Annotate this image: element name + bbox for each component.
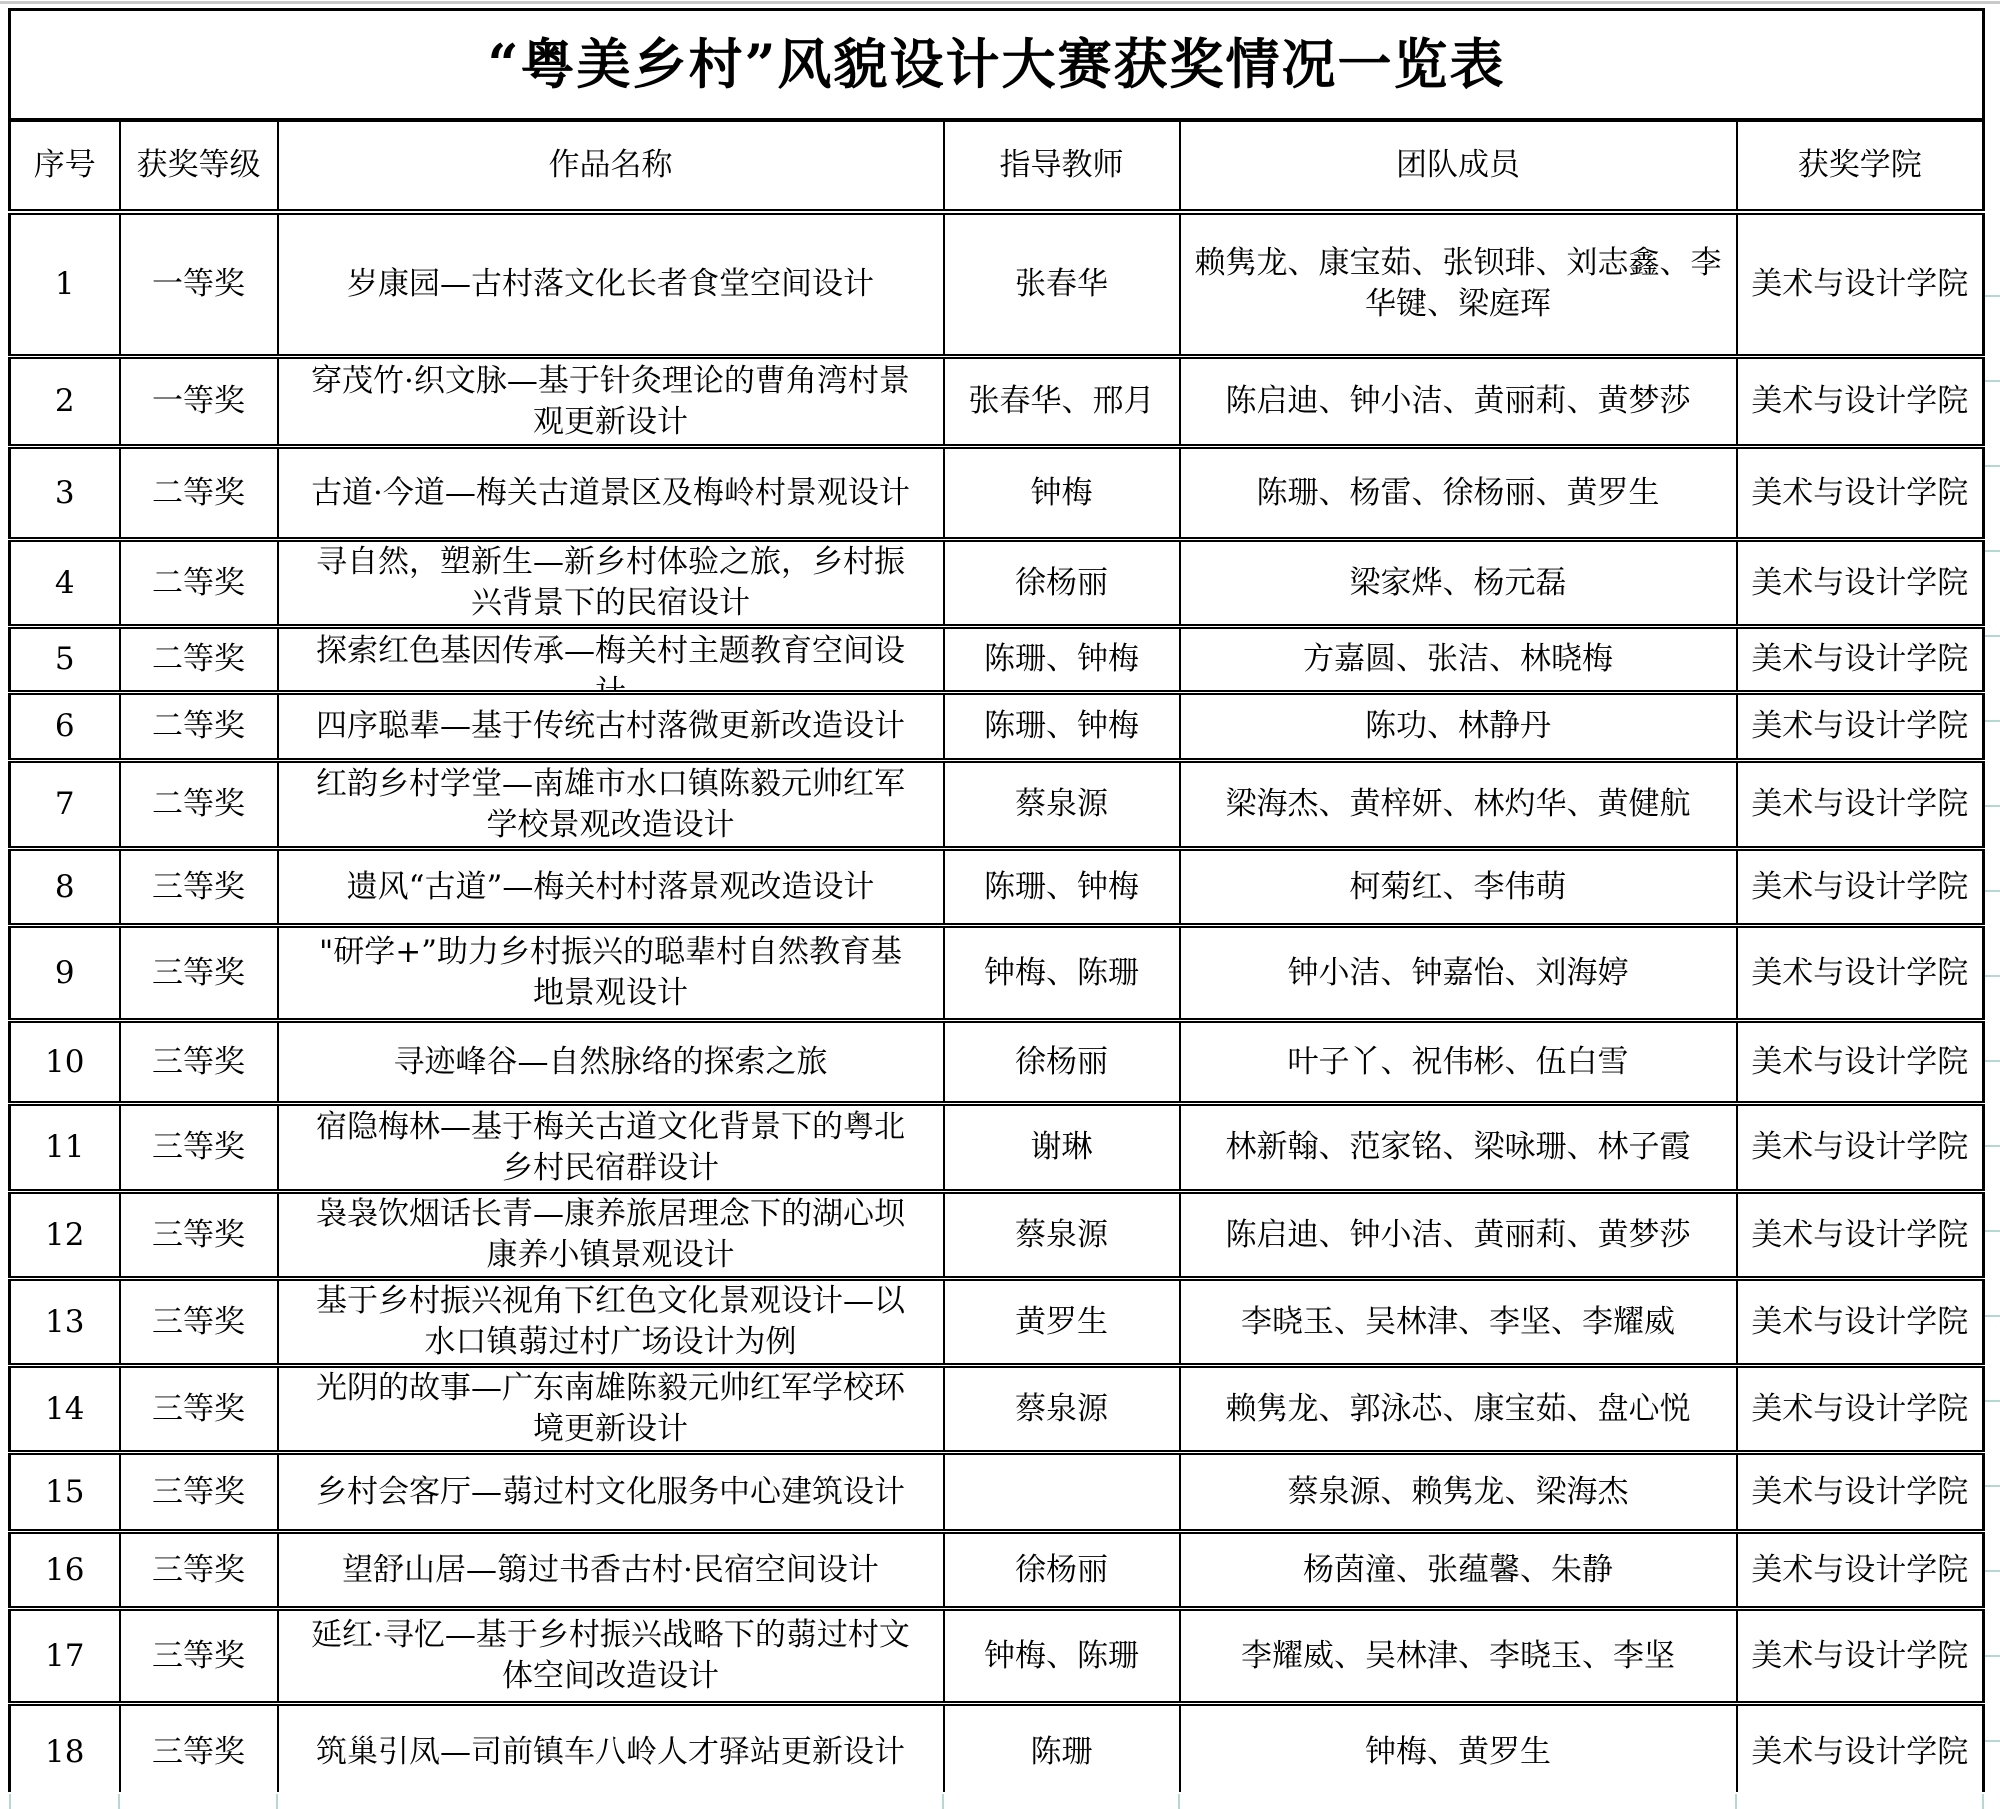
cell-advisor: 蔡泉源 xyxy=(944,1366,1180,1453)
cell-level: 三等奖 xyxy=(120,1104,278,1192)
cell-no: 14 xyxy=(10,1366,120,1453)
cell-college: 美术与设计学院 xyxy=(1737,212,1984,357)
cell-level: 三等奖 xyxy=(120,1453,278,1532)
header-row: 序号 获奖等级 作品名称 指导教师 团队成员 获奖学院 xyxy=(10,120,1984,212)
cell-advisor xyxy=(944,1453,1180,1532)
cell-members: 钟梅、黄罗生 xyxy=(1180,1704,1737,1802)
cell-advisor: 黄罗生 xyxy=(944,1279,1180,1366)
col-header-college: 获奖学院 xyxy=(1737,120,1984,212)
col-header-level: 获奖等级 xyxy=(120,120,278,212)
table-row: 5 二等奖 探索红色基因传承—梅关村主题教育空间设计 陈珊、钟梅 方嘉圆、张洁、… xyxy=(10,627,1984,693)
cell-work: "研学+”助力乡村振兴的聪辈村自然教育基地景观设计 xyxy=(278,926,944,1021)
cell-college: 美术与设计学院 xyxy=(1737,1704,1984,1802)
cell-level: 三等奖 xyxy=(120,1609,278,1704)
cell-level: 二等奖 xyxy=(120,627,278,693)
cell-college: 美术与设计学院 xyxy=(1737,693,1984,761)
cell-college: 美术与设计学院 xyxy=(1737,1279,1984,1366)
cell-members: 柯菊红、李伟萌 xyxy=(1180,849,1737,926)
cell-no: 10 xyxy=(10,1021,120,1104)
cell-members: 陈启迪、钟小洁、黄丽莉、黄梦莎 xyxy=(1180,357,1737,447)
cell-no: 13 xyxy=(10,1279,120,1366)
cell-advisor: 钟梅 xyxy=(944,447,1180,540)
cell-no: 8 xyxy=(10,849,120,926)
page-title: “粤美乡村”风貌设计大赛获奖情况一览表 xyxy=(10,10,1984,120)
cell-work: 光阴的故事—广东南雄陈毅元帅红军学校环境更新设计 xyxy=(278,1366,944,1453)
table-row: 7 二等奖 红韵乡村学堂—南雄市水口镇陈毅元帅红军学校景观改造设计 蔡泉源 梁海… xyxy=(10,761,1984,849)
awards-table: “粤美乡村”风貌设计大赛获奖情况一览表 序号 获奖等级 作品名称 指导教师 团队… xyxy=(8,8,1985,1804)
cell-level: 三等奖 xyxy=(120,849,278,926)
cell-members: 方嘉圆、张洁、林晓梅 xyxy=(1180,627,1737,693)
cell-work: 古道·今道—梅关古道景区及梅岭村景观设计 xyxy=(278,447,944,540)
cell-work: 寻迹峰谷—自然脉络的探索之旅 xyxy=(278,1021,944,1104)
cell-level: 二等奖 xyxy=(120,540,278,627)
cell-no: 9 xyxy=(10,926,120,1021)
cell-members: 梁海杰、黄梓妍、林灼华、黄健航 xyxy=(1180,761,1737,849)
cell-college: 美术与设计学院 xyxy=(1737,357,1984,447)
cell-no: 6 xyxy=(10,693,120,761)
table-row: 2 一等奖 穿茂竹·织文脉—基于针灸理论的曹角湾村景观更新设计 张春华、邢月 陈… xyxy=(10,357,1984,447)
cell-advisor: 蔡泉源 xyxy=(944,761,1180,849)
cell-no: 15 xyxy=(10,1453,120,1532)
cell-work: 探索红色基因传承—梅关村主题教育空间设计 xyxy=(278,627,944,693)
partial-next-row xyxy=(0,1792,2000,1809)
cell-college: 美术与设计学院 xyxy=(1737,926,1984,1021)
cell-advisor: 陈珊 xyxy=(944,1704,1180,1802)
cell-work: 寻自然，塑新生—新乡村体验之旅，乡村振兴背景下的民宿设计 xyxy=(278,540,944,627)
cell-no: 2 xyxy=(10,357,120,447)
table-row: 4 二等奖 寻自然，塑新生—新乡村体验之旅，乡村振兴背景下的民宿设计 徐杨丽 梁… xyxy=(10,540,1984,627)
table-row: 15 三等奖 乡村会客厅—蒻过村文化服务中心建筑设计 蔡泉源、赖隽龙、梁海杰 美… xyxy=(10,1453,1984,1532)
table-row: 6 二等奖 四序聪辈—基于传统古村落微更新改造设计 陈珊、钟梅 陈功、林静丹 美… xyxy=(10,693,1984,761)
cell-college: 美术与设计学院 xyxy=(1737,447,1984,540)
cell-no: 17 xyxy=(10,1609,120,1704)
cell-level: 三等奖 xyxy=(120,926,278,1021)
cell-college: 美术与设计学院 xyxy=(1737,761,1984,849)
scan-streak xyxy=(0,1,2000,4)
cell-members: 蔡泉源、赖隽龙、梁海杰 xyxy=(1180,1453,1737,1532)
cell-advisor: 谢琳 xyxy=(944,1104,1180,1192)
table-row: 10 三等奖 寻迹峰谷—自然脉络的探索之旅 徐杨丽 叶子丫、祝伟彬、伍白雪 美术… xyxy=(10,1021,1984,1104)
grid-sliver xyxy=(1985,212,2000,1790)
cell-work: 四序聪辈—基于传统古村落微更新改造设计 xyxy=(278,693,944,761)
cell-level: 三等奖 xyxy=(120,1279,278,1366)
cell-level: 三等奖 xyxy=(120,1192,278,1279)
cell-work: 延红·寻忆—基于乡村振兴战略下的蒻过村文体空间改造设计 xyxy=(278,1609,944,1704)
cell-college: 美术与设计学院 xyxy=(1737,849,1984,926)
cell-college: 美术与设计学院 xyxy=(1737,1104,1984,1192)
cell-college: 美术与设计学院 xyxy=(1737,1532,1984,1609)
gridline xyxy=(1735,1794,1737,1809)
cell-no: 12 xyxy=(10,1192,120,1279)
cell-advisor: 徐杨丽 xyxy=(944,1021,1180,1104)
cell-members: 叶子丫、祝伟彬、伍白雪 xyxy=(1180,1021,1737,1104)
title-row: “粤美乡村”风貌设计大赛获奖情况一览表 xyxy=(10,10,1984,120)
cell-level: 三等奖 xyxy=(120,1532,278,1609)
cell-members: 钟小洁、钟嘉怡、刘海婷 xyxy=(1180,926,1737,1021)
cell-college: 美术与设计学院 xyxy=(1737,627,1984,693)
table-row: 17 三等奖 延红·寻忆—基于乡村振兴战略下的蒻过村文体空间改造设计 钟梅、陈珊… xyxy=(10,1609,1984,1704)
cell-members: 陈珊、杨雷、徐杨丽、黄罗生 xyxy=(1180,447,1737,540)
gridline xyxy=(118,1794,120,1809)
cell-advisor: 徐杨丽 xyxy=(944,540,1180,627)
cell-advisor: 陈珊、钟梅 xyxy=(944,849,1180,926)
cell-no: 3 xyxy=(10,447,120,540)
cell-level: 三等奖 xyxy=(120,1366,278,1453)
cell-members: 陈功、林静丹 xyxy=(1180,693,1737,761)
cell-college: 美术与设计学院 xyxy=(1737,1453,1984,1532)
cell-work: 乡村会客厅—蒻过村文化服务中心建筑设计 xyxy=(278,1453,944,1532)
gridline xyxy=(942,1794,944,1809)
cell-no: 16 xyxy=(10,1532,120,1609)
table-row: 14 三等奖 光阴的故事—广东南雄陈毅元帅红军学校环境更新设计 蔡泉源 赖隽龙、… xyxy=(10,1366,1984,1453)
gridline xyxy=(1178,1794,1180,1809)
cell-level: 三等奖 xyxy=(120,1021,278,1104)
gridline xyxy=(1982,1794,1984,1809)
cell-advisor: 钟梅、陈珊 xyxy=(944,926,1180,1021)
cell-college: 美术与设计学院 xyxy=(1737,1609,1984,1704)
cell-advisor: 陈珊、钟梅 xyxy=(944,627,1180,693)
cell-members: 赖隽龙、康宝茹、张钡琲、刘志鑫、李华键、梁庭珲 xyxy=(1180,212,1737,357)
cell-members: 李耀威、吴林津、李晓玉、李坚 xyxy=(1180,1609,1737,1704)
table-row: 18 三等奖 筑巢引凤—司前镇车八岭人才驿站更新设计 陈珊 钟梅、黄罗生 美术与… xyxy=(10,1704,1984,1802)
cell-members: 赖隽龙、郭泳芯、康宝茹、盘心悦 xyxy=(1180,1366,1737,1453)
cell-work: 遗风“古道”—梅关村村落景观改造设计 xyxy=(278,849,944,926)
col-header-members: 团队成员 xyxy=(1180,120,1737,212)
cell-level: 二等奖 xyxy=(120,693,278,761)
cell-work: 红韵乡村学堂—南雄市水口镇陈毅元帅红军学校景观改造设计 xyxy=(278,761,944,849)
table-row: 16 三等奖 望舒山居—篛过书香古村·民宿空间设计 徐杨丽 杨茵潼、张蕴馨、朱静… xyxy=(10,1532,1984,1609)
cell-advisor: 蔡泉源 xyxy=(944,1192,1180,1279)
col-header-advisor: 指导教师 xyxy=(944,120,1180,212)
cell-work: 袅袅饮烟话长青—康养旅居理念下的湖心坝康养小镇景观设计 xyxy=(278,1192,944,1279)
table-row: 8 三等奖 遗风“古道”—梅关村村落景观改造设计 陈珊、钟梅 柯菊红、李伟萌 美… xyxy=(10,849,1984,926)
table-row: 12 三等奖 袅袅饮烟话长青—康养旅居理念下的湖心坝康养小镇景观设计 蔡泉源 陈… xyxy=(10,1192,1984,1279)
table-row: 13 三等奖 基于乡村振兴视角下红色文化景观设计—以水口镇蒻过村广场设计为例 黄… xyxy=(10,1279,1984,1366)
cell-no: 4 xyxy=(10,540,120,627)
cell-college: 美术与设计学院 xyxy=(1737,540,1984,627)
cell-level: 二等奖 xyxy=(120,761,278,849)
cell-college: 美术与设计学院 xyxy=(1737,1192,1984,1279)
cell-members: 陈启迪、钟小洁、黄丽莉、黄梦莎 xyxy=(1180,1192,1737,1279)
cell-work: 岁康园—古村落文化长者食堂空间设计 xyxy=(278,212,944,357)
cell-level: 二等奖 xyxy=(120,447,278,540)
col-header-no: 序号 xyxy=(10,120,120,212)
cell-no: 1 xyxy=(10,212,120,357)
cell-no: 5 xyxy=(10,627,120,693)
table-row: 11 三等奖 宿隐梅林—基于梅关古道文化背景下的粤北乡村民宿群设计 谢琳 林新翰… xyxy=(10,1104,1984,1192)
cell-members: 杨茵潼、张蕴馨、朱静 xyxy=(1180,1532,1737,1609)
cell-advisor: 钟梅、陈珊 xyxy=(944,1609,1180,1704)
cell-no: 11 xyxy=(10,1104,120,1192)
cell-work: 望舒山居—篛过书香古村·民宿空间设计 xyxy=(278,1532,944,1609)
cell-no: 7 xyxy=(10,761,120,849)
cell-advisor: 徐杨丽 xyxy=(944,1532,1180,1609)
table-row: 9 三等奖 "研学+”助力乡村振兴的聪辈村自然教育基地景观设计 钟梅、陈珊 钟小… xyxy=(10,926,1984,1021)
cell-work: 穿茂竹·织文脉—基于针灸理论的曹角湾村景观更新设计 xyxy=(278,357,944,447)
gridline xyxy=(9,1794,11,1809)
cell-college: 美术与设计学院 xyxy=(1737,1021,1984,1104)
cell-no: 18 xyxy=(10,1704,120,1802)
gridline xyxy=(276,1794,278,1809)
cell-advisor: 陈珊、钟梅 xyxy=(944,693,1180,761)
table-row: 3 二等奖 古道·今道—梅关古道景区及梅岭村景观设计 钟梅 陈珊、杨雷、徐杨丽、… xyxy=(10,447,1984,540)
cell-work: 宿隐梅林—基于梅关古道文化背景下的粤北乡村民宿群设计 xyxy=(278,1104,944,1192)
cell-advisor: 张春华 xyxy=(944,212,1180,357)
clipped-text: 探索红色基因传承—梅关村主题教育空间设计 xyxy=(305,631,917,690)
cell-level: 三等奖 xyxy=(120,1704,278,1802)
cell-members: 李晓玉、吴林津、李坚、李耀威 xyxy=(1180,1279,1737,1366)
cell-level: 一等奖 xyxy=(120,212,278,357)
cell-work: 基于乡村振兴视角下红色文化景观设计—以水口镇蒻过村广场设计为例 xyxy=(278,1279,944,1366)
cell-college: 美术与设计学院 xyxy=(1737,1366,1984,1453)
cell-members: 林新翰、范家铭、梁咏珊、林子霞 xyxy=(1180,1104,1737,1192)
cell-members: 梁家烨、杨元磊 xyxy=(1180,540,1737,627)
cell-level: 一等奖 xyxy=(120,357,278,447)
cell-advisor: 张春华、邢月 xyxy=(944,357,1180,447)
table-row: 1 一等奖 岁康园—古村落文化长者食堂空间设计 张春华 赖隽龙、康宝茹、张钡琲、… xyxy=(10,212,1984,357)
cell-work: 筑巢引凤—司前镇车八岭人才驿站更新设计 xyxy=(278,1704,944,1802)
col-header-work: 作品名称 xyxy=(278,120,944,212)
